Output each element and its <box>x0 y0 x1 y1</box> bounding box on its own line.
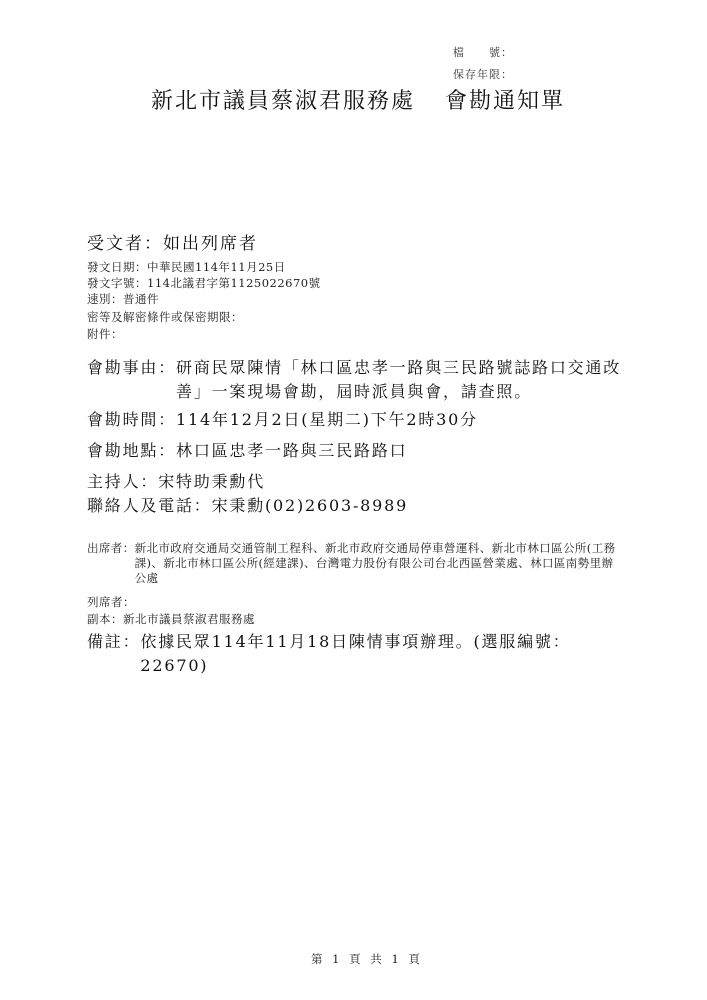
recipient-label: 受文者： <box>87 234 163 254</box>
inspection-time: 會勘時間：114年12月2日(星期二)下午2時30分 <box>87 408 478 432</box>
attendees-value: 新北市政府交通局交通管制工程科、新北市政府交通局停車營運科、新北市林口區公所(工… <box>135 541 627 586</box>
document-title: 新北市議員蔡淑君服務處會勘通知單 <box>151 84 565 115</box>
speed-class-value: 普通件 <box>123 292 159 306</box>
inspection-time-label: 會勘時間： <box>87 410 176 429</box>
remarks-label: 備註： <box>87 630 140 678</box>
observers-label: 列席者： <box>87 595 135 609</box>
copy-value: 新北市議員蔡淑君服務處 <box>123 612 255 626</box>
reference-number-value: 114北議君字第1125022670號 <box>147 276 321 290</box>
remarks: 備註： 依據民眾114年11月18日陳情事項辦理。(選服編號：22670) <box>87 630 607 678</box>
inspection-location-value: 林口區忠孝一路與三民路路口 <box>176 441 407 460</box>
host-label: 主持人： <box>87 472 158 491</box>
issue-date-line: 發文日期：中華民國114年11月25日 <box>87 260 286 275</box>
secrecy-label: 密等及解密條件或保密期限： <box>87 310 243 324</box>
issue-date-label: 發文日期： <box>87 260 147 274</box>
inspection-reason: 會勘事由： 研商民眾陳情「林口區忠孝一路與三民路號誌路口交通改善」一案現場會勘，… <box>87 356 627 404</box>
inspection-reason-label: 會勘事由： <box>87 356 176 404</box>
page-number: 第 1 頁 共 1 頁 <box>311 951 423 967</box>
observers-line: 列席者： <box>87 595 135 610</box>
remarks-value: 依據民眾114年11月18日陳情事項辦理。(選服編號：22670) <box>140 630 607 678</box>
reference-number-label: 發文字號： <box>87 276 147 290</box>
title-document-type: 會勘通知單 <box>445 89 565 114</box>
issue-date-value: 中華民國114年11月25日 <box>147 260 286 274</box>
attendees: 出席者： 新北市政府交通局交通管制工程科、新北市政府交通局停車營運科、新北市林口… <box>87 541 627 586</box>
reference-number-line: 發文字號：114北議君字第1125022670號 <box>87 276 321 291</box>
title-organization: 新北市議員蔡淑君服務處 <box>151 89 415 114</box>
recipient-value: 如出列席者 <box>163 234 258 254</box>
attendees-label: 出席者： <box>87 541 135 586</box>
host-line: 主持人：宋特助秉勳代 <box>87 470 265 494</box>
file-number-label: 檔 號： <box>453 44 513 60</box>
inspection-location-label: 會勘地點： <box>87 441 176 460</box>
inspection-reason-value: 研商民眾陳情「林口區忠孝一路與三民路號誌路口交通改善」一案現場會勘，屆時派員與會… <box>176 356 627 404</box>
speed-class-label: 速別： <box>87 292 123 306</box>
secrecy-line: 密等及解密條件或保密期限： <box>87 310 243 325</box>
inspection-location: 會勘地點：林口區忠孝一路與三民路路口 <box>87 439 407 463</box>
attachment-label: 附件： <box>87 327 123 341</box>
inspection-time-value: 114年12月2日(星期二)下午2時30分 <box>176 410 478 429</box>
contact-label: 聯絡人及電話： <box>87 496 212 515</box>
speed-class-line: 速別：普通件 <box>87 292 159 307</box>
copy-label: 副本： <box>87 612 123 626</box>
copy-line: 副本：新北市議員蔡淑君服務處 <box>87 612 255 627</box>
attachment-line: 附件： <box>87 327 123 342</box>
recipient-line: 受文者：如出列席者 <box>87 229 258 254</box>
retention-period-label: 保存年限： <box>453 66 513 82</box>
contact-value: 宋秉勳(02)2603-8989 <box>212 496 409 515</box>
host-value: 宋特助秉勳代 <box>158 472 265 491</box>
contact-line: 聯絡人及電話：宋秉勳(02)2603-8989 <box>87 494 408 518</box>
